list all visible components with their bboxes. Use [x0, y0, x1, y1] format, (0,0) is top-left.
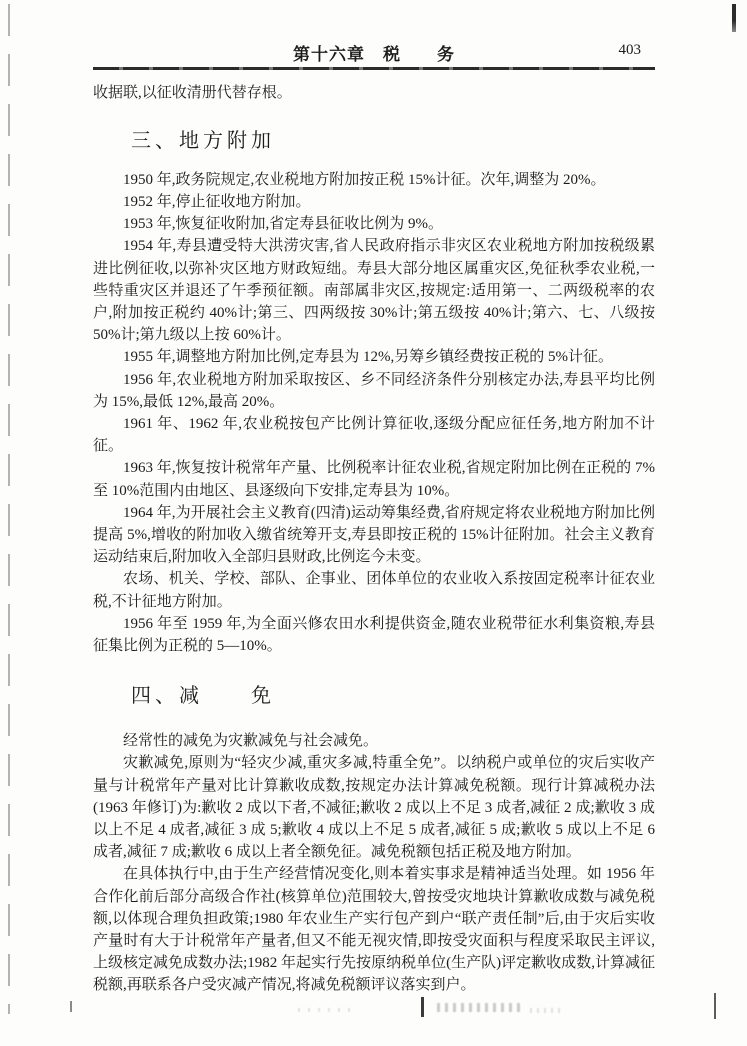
page-number: 403	[619, 42, 642, 59]
paragraph: 经常性的减免为灾歉减免与社会减免。	[93, 730, 655, 752]
paragraph: 1956 年至 1959 年,为全面兴修农田水利提供资金,随农业税带征水利集资粮…	[93, 613, 655, 657]
paragraph: 1961 年、1962 年,农业税按包产比例计算征收,逐级分配应征任务,地方附加…	[93, 413, 655, 457]
paragraph: 1963 年,恢复按计税常年产量、比例税率计征农业税,省规定附加比例在正税的 7…	[93, 457, 655, 501]
scan-noise-smudge	[530, 1008, 564, 1013]
paragraph: 1950 年,政务院规定,农业税地方附加按正税 15%计征。次年,调整为 20%…	[93, 169, 655, 191]
chapter-title: 第十六章 税 务	[93, 40, 655, 65]
scan-noise-smudge	[437, 1003, 525, 1012]
paragraph: 农场、机关、学校、部队、企事业、团体单位的农业收入系按固定税率计征农业税,不计征…	[93, 568, 655, 612]
section-heading-tax-relief: 四、减 免	[93, 679, 655, 708]
page-content: 第十六章 税 务 403 收据联,以征收清册代替存根。 三、地方附加 1950 …	[93, 40, 655, 997]
paragraph: 1954 年,寿县遭受特大洪涝灾害,省人民政府指示非灾区农业税地方附加按税级累进…	[93, 235, 655, 346]
continuation-paragraph: 收据联,以征收清册代替存根。	[93, 82, 655, 104]
scan-noise-tick	[421, 997, 424, 1017]
header-rule	[93, 67, 655, 70]
scan-noise-tick	[714, 993, 716, 1019]
paragraph: 1953 年,恢复征收附加,省定寿县征收比例为 9%。	[93, 213, 655, 235]
paragraph: 1956 年,农业税地方附加采取按区、乡不同经济条件分别核定办法,寿县平均比例为…	[93, 369, 655, 413]
section-heading-local-surtax: 三、地方附加	[93, 124, 655, 153]
paragraph: 在具体执行中,由于生产经营情况变化,则本着实事求是精神适当处理。如 1956 年…	[93, 863, 655, 996]
scanned-book-page: 第十六章 税 务 403 收据联,以征收清册代替存根。 三、地方附加 1950 …	[0, 0, 747, 1046]
scan-noise-smudge	[298, 1008, 358, 1012]
paragraph: 灾歉减免,原则为“轻灾少减,重灾多减,特重全免”。以纳税户或单位的灾后实收产量与…	[93, 752, 655, 863]
scan-noise-tick	[70, 1001, 72, 1012]
running-header: 第十六章 税 务 403	[93, 40, 655, 64]
scan-artifact-top-right	[732, 4, 736, 32]
paragraph: 1952 年,停止征收地方附加。	[93, 191, 655, 213]
paragraph: 1964 年,为开展社会主义教育(四清)运动筹集经费,省府规定将农业税地方附加比…	[93, 502, 655, 569]
paragraph: 1955 年,调整地方附加比例,定寿县为 12%,另筹乡镇经费按正税的 5%计征…	[93, 346, 655, 368]
scan-edge-artifact-left	[8, 4, 10, 1014]
